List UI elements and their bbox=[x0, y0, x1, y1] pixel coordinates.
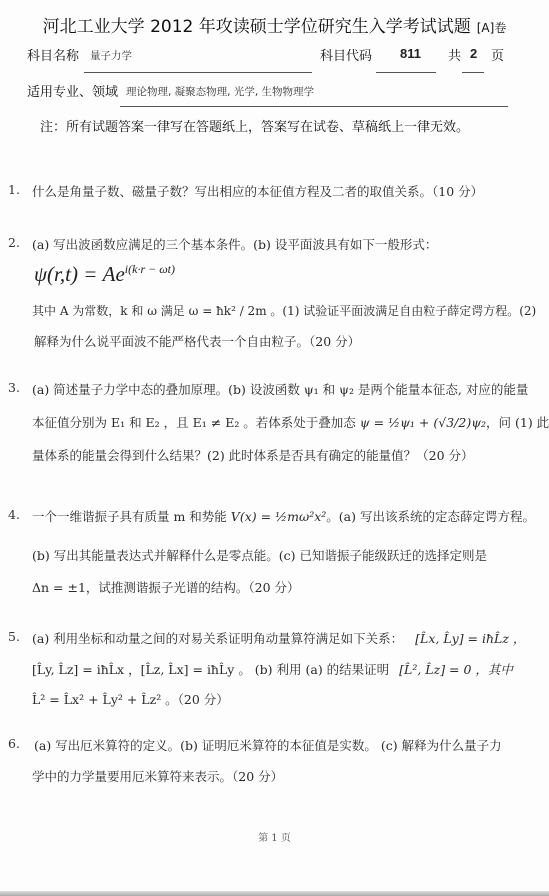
subject-code-value: 811 bbox=[400, 46, 421, 61]
subject-code-underline bbox=[376, 72, 436, 73]
question-6-line-1: (a) 写出厄米算符的定义。(b) 证明厄米算符的本征值是实数。 (c) 解释为… bbox=[34, 736, 502, 754]
subject-name-value: 量子力学 bbox=[90, 48, 132, 63]
question-4-number: 4. bbox=[8, 507, 20, 522]
pages-suffix: 页 bbox=[491, 45, 504, 64]
question-6-number: 6. bbox=[8, 736, 20, 751]
question-2-line-3: 解释为什么说平面波不能严格代表一个自由粒子。（20 分） bbox=[34, 332, 360, 350]
pages-total: 2 bbox=[470, 46, 477, 61]
exam-note: 注：所有试题答案一律写在答题纸上，答案写在试卷、草稿纸上一律无效。 bbox=[40, 116, 469, 135]
question-1-line-1: 什么是角量子数、磁量子数？写出相应的本征值方程及二者的取值关系。（10 分） bbox=[32, 182, 483, 200]
question-4-line-3: Δn = ±1，试推测谐振子光谱的结构。（20 分） bbox=[32, 578, 300, 596]
pages-prefix: 共 bbox=[448, 45, 461, 64]
question-3-number: 3. bbox=[8, 380, 20, 395]
scan-edge bbox=[0, 891, 549, 896]
question-5-line-2: [L̂y, L̂z] = iħL̂x ，[L̂z, L̂x] = iħL̂y 。… bbox=[32, 660, 513, 678]
paper-tag: [A]卷 bbox=[477, 21, 507, 35]
question-1-number: 1. bbox=[8, 182, 20, 197]
exam-title-text: 河北工业大学 2012 年攻读硕士学位研究生入学考试试题 bbox=[43, 17, 471, 37]
plane-wave-formula: ψ(r,t) = Aei(k·r − ωt) bbox=[34, 262, 175, 287]
page-number: 第 1 页 bbox=[0, 829, 549, 844]
superposition-formula: ψ = ½ψ₁ + (√3/2)ψ₂ bbox=[360, 415, 486, 430]
potential-formula: V(x) = ½mω²x² bbox=[231, 509, 326, 524]
pages-total-underline bbox=[462, 72, 484, 73]
question-3-line-2: 本征值分别为 E₁ 和 E₂ ，且 E₁ ≠ E₂ 。若体系处于叠加态 ψ = … bbox=[32, 413, 549, 431]
question-5-line-3: L̂² = L̂x² + L̂y² + L̂z² 。（20 分） bbox=[32, 690, 229, 708]
subject-code-label: 科目代码 bbox=[320, 45, 372, 64]
exam-title: 河北工业大学 2012 年攻读硕士学位研究生入学考试试题[A]卷 bbox=[0, 12, 549, 37]
question-2-number: 2. bbox=[8, 235, 20, 250]
majors-label: 适用专业、领域 bbox=[27, 81, 118, 100]
question-2-line-2: 其中 A 为常数，k 和 ω 满足 ω = ħk² / 2m 。(1) 试验证平… bbox=[32, 302, 536, 319]
subject-name-label: 科目名称 bbox=[27, 45, 79, 64]
question-3-line-3: 量体系的能量会得到什么结果？(2) 此时体系是否具有确定的能量值？（20 分） bbox=[32, 446, 474, 464]
question-4-line-2: (b) 写出其能量表达式并解释什么是零点能。(c) 已知谐振子能级跃迁的选择定则… bbox=[32, 546, 487, 564]
question-5-number: 5. bbox=[8, 629, 20, 644]
commutator-l2-lz: [L̂², L̂z] = 0 ，其中 bbox=[399, 662, 513, 677]
majors-underline bbox=[120, 106, 508, 107]
question-5-line-1: (a) 利用坐标和动量之间的对易关系证明角动量算符满足如下关系： [L̂x, L… bbox=[32, 629, 525, 647]
question-2-line-1: (a) 写出波函数应满足的三个基本条件。(b) 设平面波具有如下一般形式： bbox=[32, 235, 437, 253]
majors-value: 理论物理, 凝聚态物理, 光学, 生物物理学 bbox=[126, 84, 314, 99]
question-6-line-2: 学中的力学量要用厄米算符来表示。（20 分） bbox=[32, 767, 283, 785]
question-3-line-1: (a) 简述量子力学中态的叠加原理。(b) 设波函数 ψ₁ 和 ψ₂ 是两个能量… bbox=[32, 380, 528, 398]
subject-name-underline bbox=[84, 72, 312, 73]
question-4-line-1: 一个一维谐振子具有质量 m 和势能 V(x) = ½mω²x²。(a) 写出该系… bbox=[32, 507, 535, 525]
commutator-lx-ly: [L̂x, L̂y] = iħL̂z ， bbox=[415, 631, 525, 646]
